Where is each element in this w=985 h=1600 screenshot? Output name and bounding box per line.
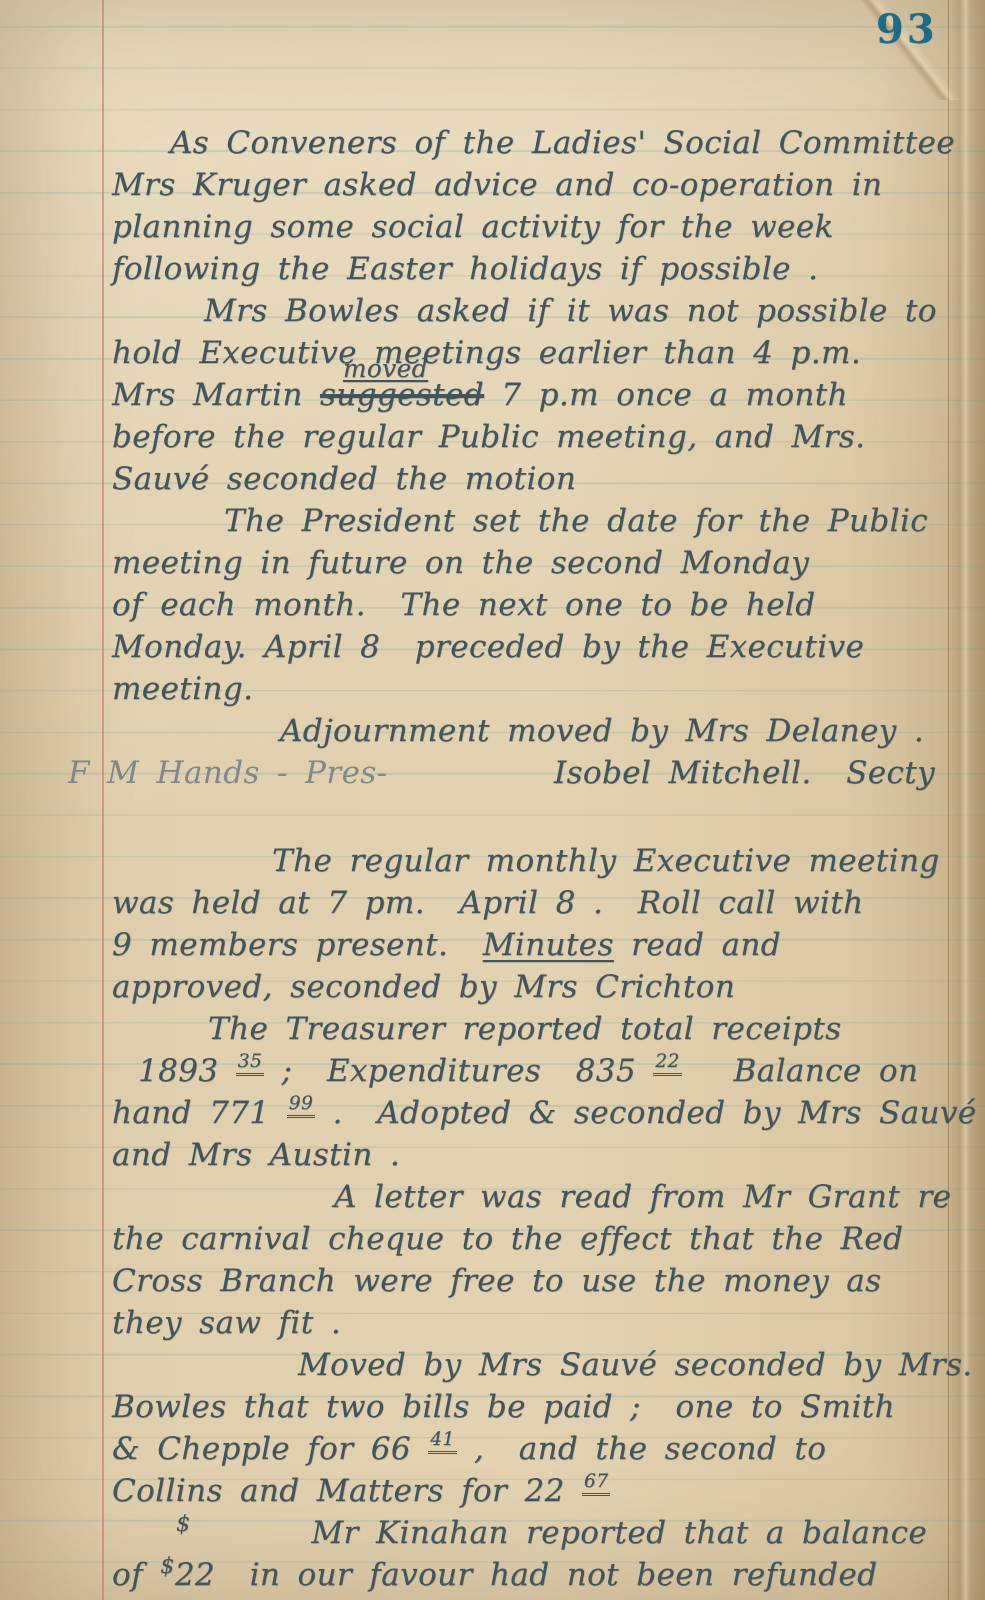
text-segment: meeting in future on the second Monday <box>112 545 809 581</box>
text-segment: 9 members present. <box>112 927 483 963</box>
manuscript-line: The Treasurer reported total receipts <box>112 1008 939 1050</box>
manuscript-line: of $22 in our favour had not been refund… <box>112 1554 939 1596</box>
text-segment: approved, seconded by Mrs Crichton <box>112 969 735 1005</box>
manuscript-line: Cross Branch were free to use the money … <box>112 1260 939 1302</box>
text-segment: Balance on <box>682 1053 919 1089</box>
manuscript-line: Collins and Matters for 22 67 <box>112 1470 939 1512</box>
text-segment: As Conveners of the Ladies' Social Commi… <box>170 125 955 161</box>
section-gap <box>112 794 939 840</box>
text-segment: 67 <box>582 1473 610 1496</box>
manuscript-line: $ Mr Kinahan reported that a balance <box>112 1512 939 1554</box>
text-segment: the carnival cheque to the effect that t… <box>112 1221 903 1257</box>
text-segment: 41 <box>428 1431 456 1454</box>
manuscript-line: was held at 7 pm. April 8 . Roll call wi… <box>112 882 939 924</box>
text-segment: 22 in our favour had not been refunded <box>175 1557 878 1593</box>
manuscript-line: 9 members present. Minutes read and <box>112 924 939 966</box>
secretary-signature: Isobel Mitchell. Secty <box>554 752 939 794</box>
text-segment: Mrs Bowles asked if it was not possible … <box>204 293 937 329</box>
text-segment: they saw fit . <box>112 1305 341 1341</box>
text-segment: 7 p.m once a month <box>484 377 848 413</box>
manuscript-line: meeting in future on the second Monday <box>112 542 939 584</box>
text-segment: and Mrs Austin . <box>112 1137 400 1173</box>
text-segment: Mr Kinahan reported that a balance <box>191 1515 928 1551</box>
text-segment: , and the second to <box>457 1431 827 1467</box>
text-segment: . Adopted & seconded by Mrs Sauvé <box>315 1095 976 1131</box>
manuscript-line: Mrs Bowles asked if it was not possible … <box>112 290 939 332</box>
text-segment: Mrs Kruger asked advice and co-operation… <box>112 167 882 203</box>
text-segment: Sauvé seconded the motion <box>112 461 576 497</box>
manuscript-line: Bowles that two bills be paid ; one to S… <box>112 1386 939 1428</box>
manuscript-line: meeting. <box>112 668 939 710</box>
text-segment: The regular monthly Executive meeting <box>272 843 940 879</box>
text-segment: Bowles that two bills be paid ; one to S… <box>112 1389 895 1425</box>
manuscript-line: Moved by Mrs Sauvé seconded by Mrs. <box>112 1344 939 1386</box>
text-segment: planning some social activity for the we… <box>112 209 834 245</box>
text-segment: Collins and Matters for 22 <box>112 1473 582 1509</box>
manuscript-line: before the regular Public meeting, and M… <box>112 416 939 458</box>
manuscript-line: The President set the date for the Publi… <box>112 500 939 542</box>
text-segment: before the regular Public meeting, and M… <box>112 419 865 455</box>
text-segment: Adjournment moved by Mrs Delaney . <box>280 713 924 749</box>
manuscript-line: 1893 35 ; Expenditures 835 22 Balance on <box>112 1050 939 1092</box>
manuscript-line: Adjournment moved by Mrs Delaney . <box>112 710 939 752</box>
text-segment: The President set the date for the Publi… <box>224 503 928 539</box>
inserted-word: moved <box>343 357 428 382</box>
text-segment: Cross Branch were free to use the money … <box>112 1263 881 1299</box>
text-segment: following the Easter holidays if possibl… <box>112 251 818 287</box>
text-segment: 1893 <box>138 1053 236 1089</box>
manuscript-line: Sauvé seconded the motion <box>112 458 939 500</box>
text-segment: was held at 7 pm. April 8 . Roll call wi… <box>112 885 863 921</box>
text-segment: $ <box>176 1513 191 1535</box>
manuscript-line: following the Easter holidays if possibl… <box>112 248 939 290</box>
text-segment: hold Executive meetings earlier than 4 p… <box>112 335 861 371</box>
president-signature: F M Hands - Pres- <box>68 752 388 794</box>
text-segment: $ <box>160 1555 175 1577</box>
manuscript-line: The regular monthly Executive meeting <box>112 840 939 882</box>
text-segment: 99 <box>287 1095 315 1118</box>
text-segment: of <box>112 1557 160 1593</box>
manuscript-line: A letter was read from Mr Grant re <box>112 1176 939 1218</box>
text-segment: Monday. April 8 preceded by the Executiv… <box>112 629 864 665</box>
manuscript-line: Mrs Martin suggestedmoved 7 p.m once a m… <box>112 374 939 416</box>
corrected-word: suggestedmoved <box>320 374 484 416</box>
text-segment: meeting. <box>112 671 253 707</box>
minute-book-page: 93 As Conveners of the Ladies' Social Co… <box>0 0 985 1600</box>
manuscript-lines: As Conveners of the Ladies' Social Commi… <box>0 0 985 1596</box>
manuscript-line: Monday. April 8 preceded by the Executiv… <box>112 626 939 668</box>
text-segment: 35 <box>236 1053 264 1076</box>
manuscript-line: Mrs Kruger asked advice and co-operation… <box>112 164 939 206</box>
manuscript-line: As Conveners of the Ladies' Social Commi… <box>112 122 939 164</box>
manuscript-line: the carnival cheque to the effect that t… <box>112 1218 939 1260</box>
manuscript-line: of each month. The next one to be held <box>112 584 939 626</box>
text-segment: Mrs Martin <box>112 377 320 413</box>
text-segment: The Treasurer reported total receipts <box>208 1011 842 1047</box>
text-segment: of each month. The next one to be held <box>112 587 815 623</box>
manuscript-line: hold Executive meetings earlier than 4 p… <box>112 332 939 374</box>
manuscript-line: hand 771 99 . Adopted & seconded by Mrs … <box>112 1092 939 1134</box>
manuscript-line: and Mrs Austin . <box>112 1134 939 1176</box>
manuscript-line: approved, seconded by Mrs Crichton <box>112 966 939 1008</box>
manuscript-line: & Chepple for 66 41 , and the second to <box>112 1428 939 1470</box>
signature-line: F M Hands - Pres-Isobel Mitchell. Secty <box>68 752 939 794</box>
text-segment: hand 771 <box>112 1095 287 1131</box>
text-segment: ; Expenditures 835 <box>264 1053 653 1089</box>
manuscript-line: planning some social activity for the we… <box>112 206 939 248</box>
text-segment: & Chepple for 66 <box>112 1431 428 1467</box>
text-segment: read and <box>614 927 781 963</box>
text-segment: 22 <box>653 1053 681 1076</box>
manuscript-line: they saw fit . <box>112 1302 939 1344</box>
text-segment: Minutes <box>483 927 614 963</box>
text-segment: Moved by Mrs Sauvé seconded by Mrs. <box>298 1347 973 1383</box>
text-segment: A letter was read from Mr Grant re <box>334 1179 951 1215</box>
